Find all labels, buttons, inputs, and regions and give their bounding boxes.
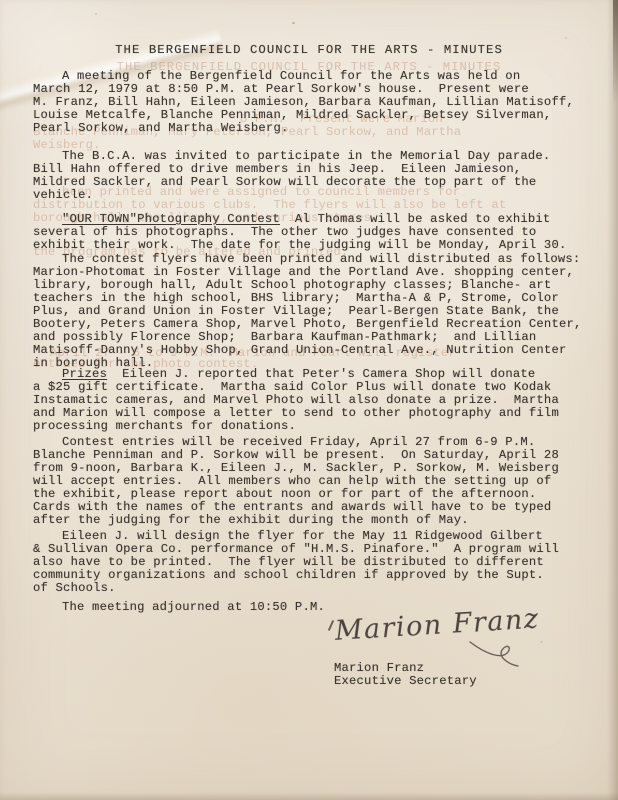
signature-typed-role: Executive Secretary [334,674,477,688]
paper-bottom-edge-shadow [0,792,618,800]
paper-speck [565,37,567,39]
paragraph-text: Eileen J. reported that Peter's Camera S… [33,367,559,433]
document-title: THE BERGENFIELD COUNCIL FOR THE ARTS - M… [0,43,618,57]
paragraph-attendance: A meeting of the Bergenfield Council for… [33,70,595,135]
paper-speck [95,13,97,15]
signature-tail-stroke [468,638,520,668]
section-heading-prizes: Prizes [62,367,107,381]
paper-speck [540,641,543,643]
signature-typed-name: Marion Franz [334,661,424,675]
section-heading-our-town: "OUR TOWN"Photography Contest [62,212,280,226]
paragraph-contest-entries: Contest entries will be received Friday,… [33,436,595,527]
paper-right-edge-shadow [607,0,618,800]
paragraph-photography-contest: "OUR TOWN"Photography Contest Al Thomas … [33,213,595,252]
paragraph-memorial-parade: The B.C.A. was invited to participate in… [33,150,595,202]
paper-speck [292,22,295,24]
paragraph-prizes: Prizes Eileen J. reported that Peter's C… [33,368,595,433]
paragraph-flyer-distribution: The contest flyers have been printed and… [33,253,595,370]
paragraph-pinafore-flyer: Eileen J. will design the flyer for the … [33,530,595,595]
